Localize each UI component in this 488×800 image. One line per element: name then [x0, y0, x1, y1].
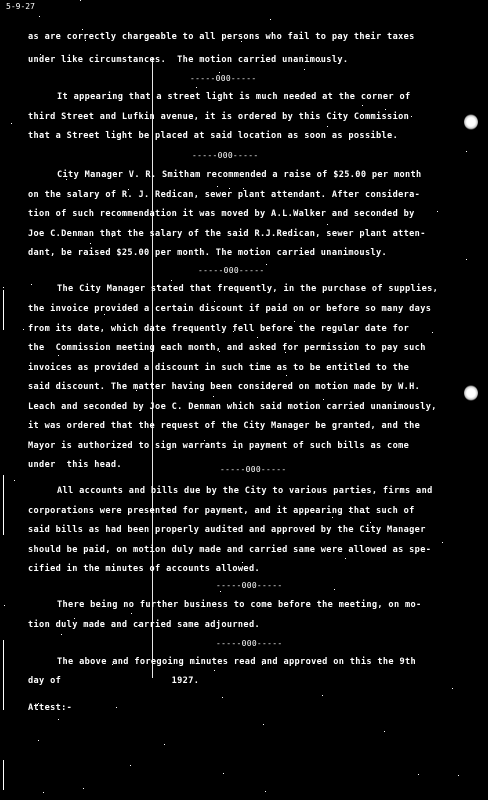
scan-noise-speck	[171, 280, 172, 281]
text-line: City Manager V. R. Smitham recommended a…	[57, 170, 422, 180]
scan-noise-speck	[61, 634, 62, 635]
text-line: said discount. The matter having been co…	[28, 382, 420, 392]
text-line: that a Street light be placed at said lo…	[28, 131, 398, 141]
scan-noise-speck	[85, 40, 86, 41]
scan-noise-speck	[285, 352, 286, 353]
scan-noise-speck	[262, 664, 263, 665]
scan-noise-speck	[320, 61, 321, 62]
scan-noise-speck	[204, 440, 205, 441]
scan-noise-speck	[58, 355, 59, 356]
scan-noise-speck	[458, 775, 459, 776]
text-line: It appearing that a street light is much…	[57, 92, 411, 102]
scan-noise-speck	[452, 688, 453, 689]
scan-noise-speck	[164, 744, 165, 745]
scan-noise-speck	[66, 179, 67, 180]
text-line: The City Manager stated that frequently,…	[57, 284, 438, 294]
scan-noise-speck	[3, 287, 4, 288]
scan-noise-speck	[112, 664, 113, 665]
scan-noise-speck	[219, 72, 220, 73]
scan-noise-speck	[90, 243, 91, 244]
scan-noise-speck	[80, 0, 81, 1]
scan-noise-speck	[309, 663, 310, 664]
text-line: under this head.	[28, 460, 122, 470]
left-edge-mark	[3, 640, 4, 710]
section-separator: -----000-----	[198, 266, 265, 275]
scan-noise-speck	[273, 389, 274, 390]
scan-noise-speck	[345, 558, 346, 559]
scan-noise-speck	[38, 740, 39, 741]
scan-noise-speck	[243, 188, 244, 189]
text-line: it was ordered that the request of the C…	[28, 421, 420, 431]
scan-noise-speck	[14, 480, 15, 481]
scan-noise-speck	[362, 105, 363, 106]
scan-noise-speck	[37, 704, 38, 705]
scan-noise-speck	[466, 151, 467, 152]
text-line: All accounts and bills due by the City t…	[57, 486, 433, 496]
scan-noise-speck	[213, 396, 214, 397]
text-line: said bills as had been properly audited …	[28, 525, 426, 535]
text-line: Attest:-	[28, 703, 72, 713]
scan-noise-speck	[83, 788, 84, 789]
scan-noise-speck	[286, 375, 287, 376]
scan-noise-speck	[31, 284, 32, 285]
scan-noise-speck	[82, 29, 83, 30]
scan-noise-speck	[266, 264, 267, 265]
text-line: invoices as provided a discount in such …	[28, 363, 409, 373]
text-line: tion of such recommendation it was moved…	[28, 209, 415, 219]
punch-hole-middle	[464, 385, 478, 401]
scan-noise-speck	[104, 314, 105, 315]
scan-noise-speck	[220, 591, 221, 592]
text-line: cified in the minutes of accounts allowe…	[28, 564, 260, 574]
scan-noise-speck	[112, 236, 113, 237]
section-separator: -----000-----	[220, 465, 287, 474]
scan-noise-speck	[241, 41, 242, 42]
scan-noise-speck	[385, 109, 386, 110]
scan-noise-speck	[263, 724, 264, 725]
scan-noise-speck	[131, 613, 132, 614]
scan-noise-speck	[157, 285, 158, 286]
scan-noise-speck	[442, 542, 443, 543]
scan-noise-speck	[411, 116, 412, 117]
scan-noise-speck	[364, 512, 365, 513]
text-line: under like circumstances. The motion car…	[28, 55, 348, 65]
scan-noise-speck	[217, 186, 218, 187]
text-line: corporations were presented for payment,…	[28, 506, 415, 516]
text-line: the invoice provided a certain discount …	[28, 304, 431, 314]
section-separator: -----000-----	[216, 639, 283, 648]
text-line: third Street and Lufkin avenue, it is or…	[28, 112, 409, 122]
text-line: Mayor is authorized to sign warrants in …	[28, 441, 409, 451]
page-corner-mark: 5-9-27	[6, 2, 35, 11]
scan-noise-speck	[11, 123, 12, 124]
text-line: from its date, which date frequently fel…	[28, 324, 409, 334]
scan-noise-speck	[214, 670, 215, 671]
text-line: should be paid, on motion duly made and …	[28, 545, 431, 555]
scan-noise-speck	[40, 54, 41, 55]
scan-noise-speck	[39, 16, 40, 17]
scan-noise-speck	[265, 791, 266, 792]
text-line: Joe C.Denman that the salary of the said…	[28, 229, 426, 239]
scan-noise-speck	[23, 329, 24, 330]
scan-noise-speck	[327, 126, 328, 127]
scan-noise-speck	[466, 259, 467, 260]
scan-noise-speck	[223, 773, 224, 774]
scan-noise-speck	[136, 390, 137, 391]
section-separator: -----000-----	[190, 74, 257, 83]
scan-noise-speck	[130, 765, 131, 766]
scan-noise-speck	[349, 511, 350, 512]
scan-noise-speck	[130, 287, 131, 288]
scan-noise-speck	[138, 625, 139, 626]
text-line: dant, be raised $25.00 per month. The mo…	[28, 248, 387, 258]
scan-noise-speck	[327, 224, 328, 225]
scan-noise-speck	[239, 448, 240, 449]
scan-noise-speck	[38, 703, 39, 704]
scan-noise-speck	[4, 605, 5, 606]
fold-crease-line	[152, 58, 153, 678]
text-line: as are correctly chargeable to all perso…	[28, 32, 415, 42]
scan-noise-speck	[322, 695, 323, 696]
scan-noise-speck	[384, 731, 385, 732]
scan-noise-speck	[270, 19, 271, 20]
scan-noise-speck	[334, 589, 335, 590]
scan-noise-speck	[432, 332, 433, 333]
punch-hole-top	[464, 114, 478, 130]
scan-noise-speck	[242, 562, 243, 563]
left-edge-mark	[3, 760, 4, 790]
scan-noise-speck	[304, 69, 305, 70]
left-edge-mark	[3, 290, 4, 330]
scan-noise-speck	[222, 697, 223, 698]
scan-noise-speck	[323, 399, 324, 400]
text-line: tion duly made and carried same adjourne…	[28, 620, 260, 630]
text-line: on the salary of R. J. Redican, sewer pl…	[28, 190, 420, 200]
left-edge-mark	[3, 475, 4, 535]
scan-noise-speck	[370, 522, 371, 523]
text-line: Leach and seconded by Joe C. Denman whic…	[28, 402, 437, 412]
scan-noise-speck	[214, 301, 215, 302]
scan-noise-speck	[116, 707, 117, 708]
scan-noise-speck	[229, 188, 230, 189]
scan-noise-speck	[437, 211, 438, 212]
scan-noise-speck	[216, 405, 217, 406]
text-line: The above and foregoing minutes read and…	[57, 657, 416, 667]
scan-noise-speck	[418, 774, 419, 775]
scan-noise-speck	[233, 331, 234, 332]
scan-noise-speck	[128, 189, 129, 190]
scan-noise-speck	[196, 87, 197, 88]
scan-noise-speck	[257, 337, 258, 338]
section-separator: -----000-----	[192, 151, 259, 160]
scan-noise-speck	[219, 351, 220, 352]
scan-noise-speck	[332, 517, 333, 518]
scan-noise-speck	[287, 328, 288, 329]
scan-noise-speck	[294, 321, 295, 322]
scan-noise-speck	[43, 792, 44, 793]
text-line: day of 1927.	[28, 676, 199, 686]
text-line: the Commission meeting each month, and a…	[28, 343, 426, 353]
scan-noise-speck	[74, 618, 75, 619]
section-separator: -----000-----	[216, 581, 283, 590]
scan-noise-speck	[56, 195, 57, 196]
scan-noise-speck	[58, 719, 59, 720]
scanned-document-page: 5-9-27 as are correctly chargeable to al…	[0, 0, 488, 800]
text-line: There being no further business to come …	[57, 600, 422, 610]
